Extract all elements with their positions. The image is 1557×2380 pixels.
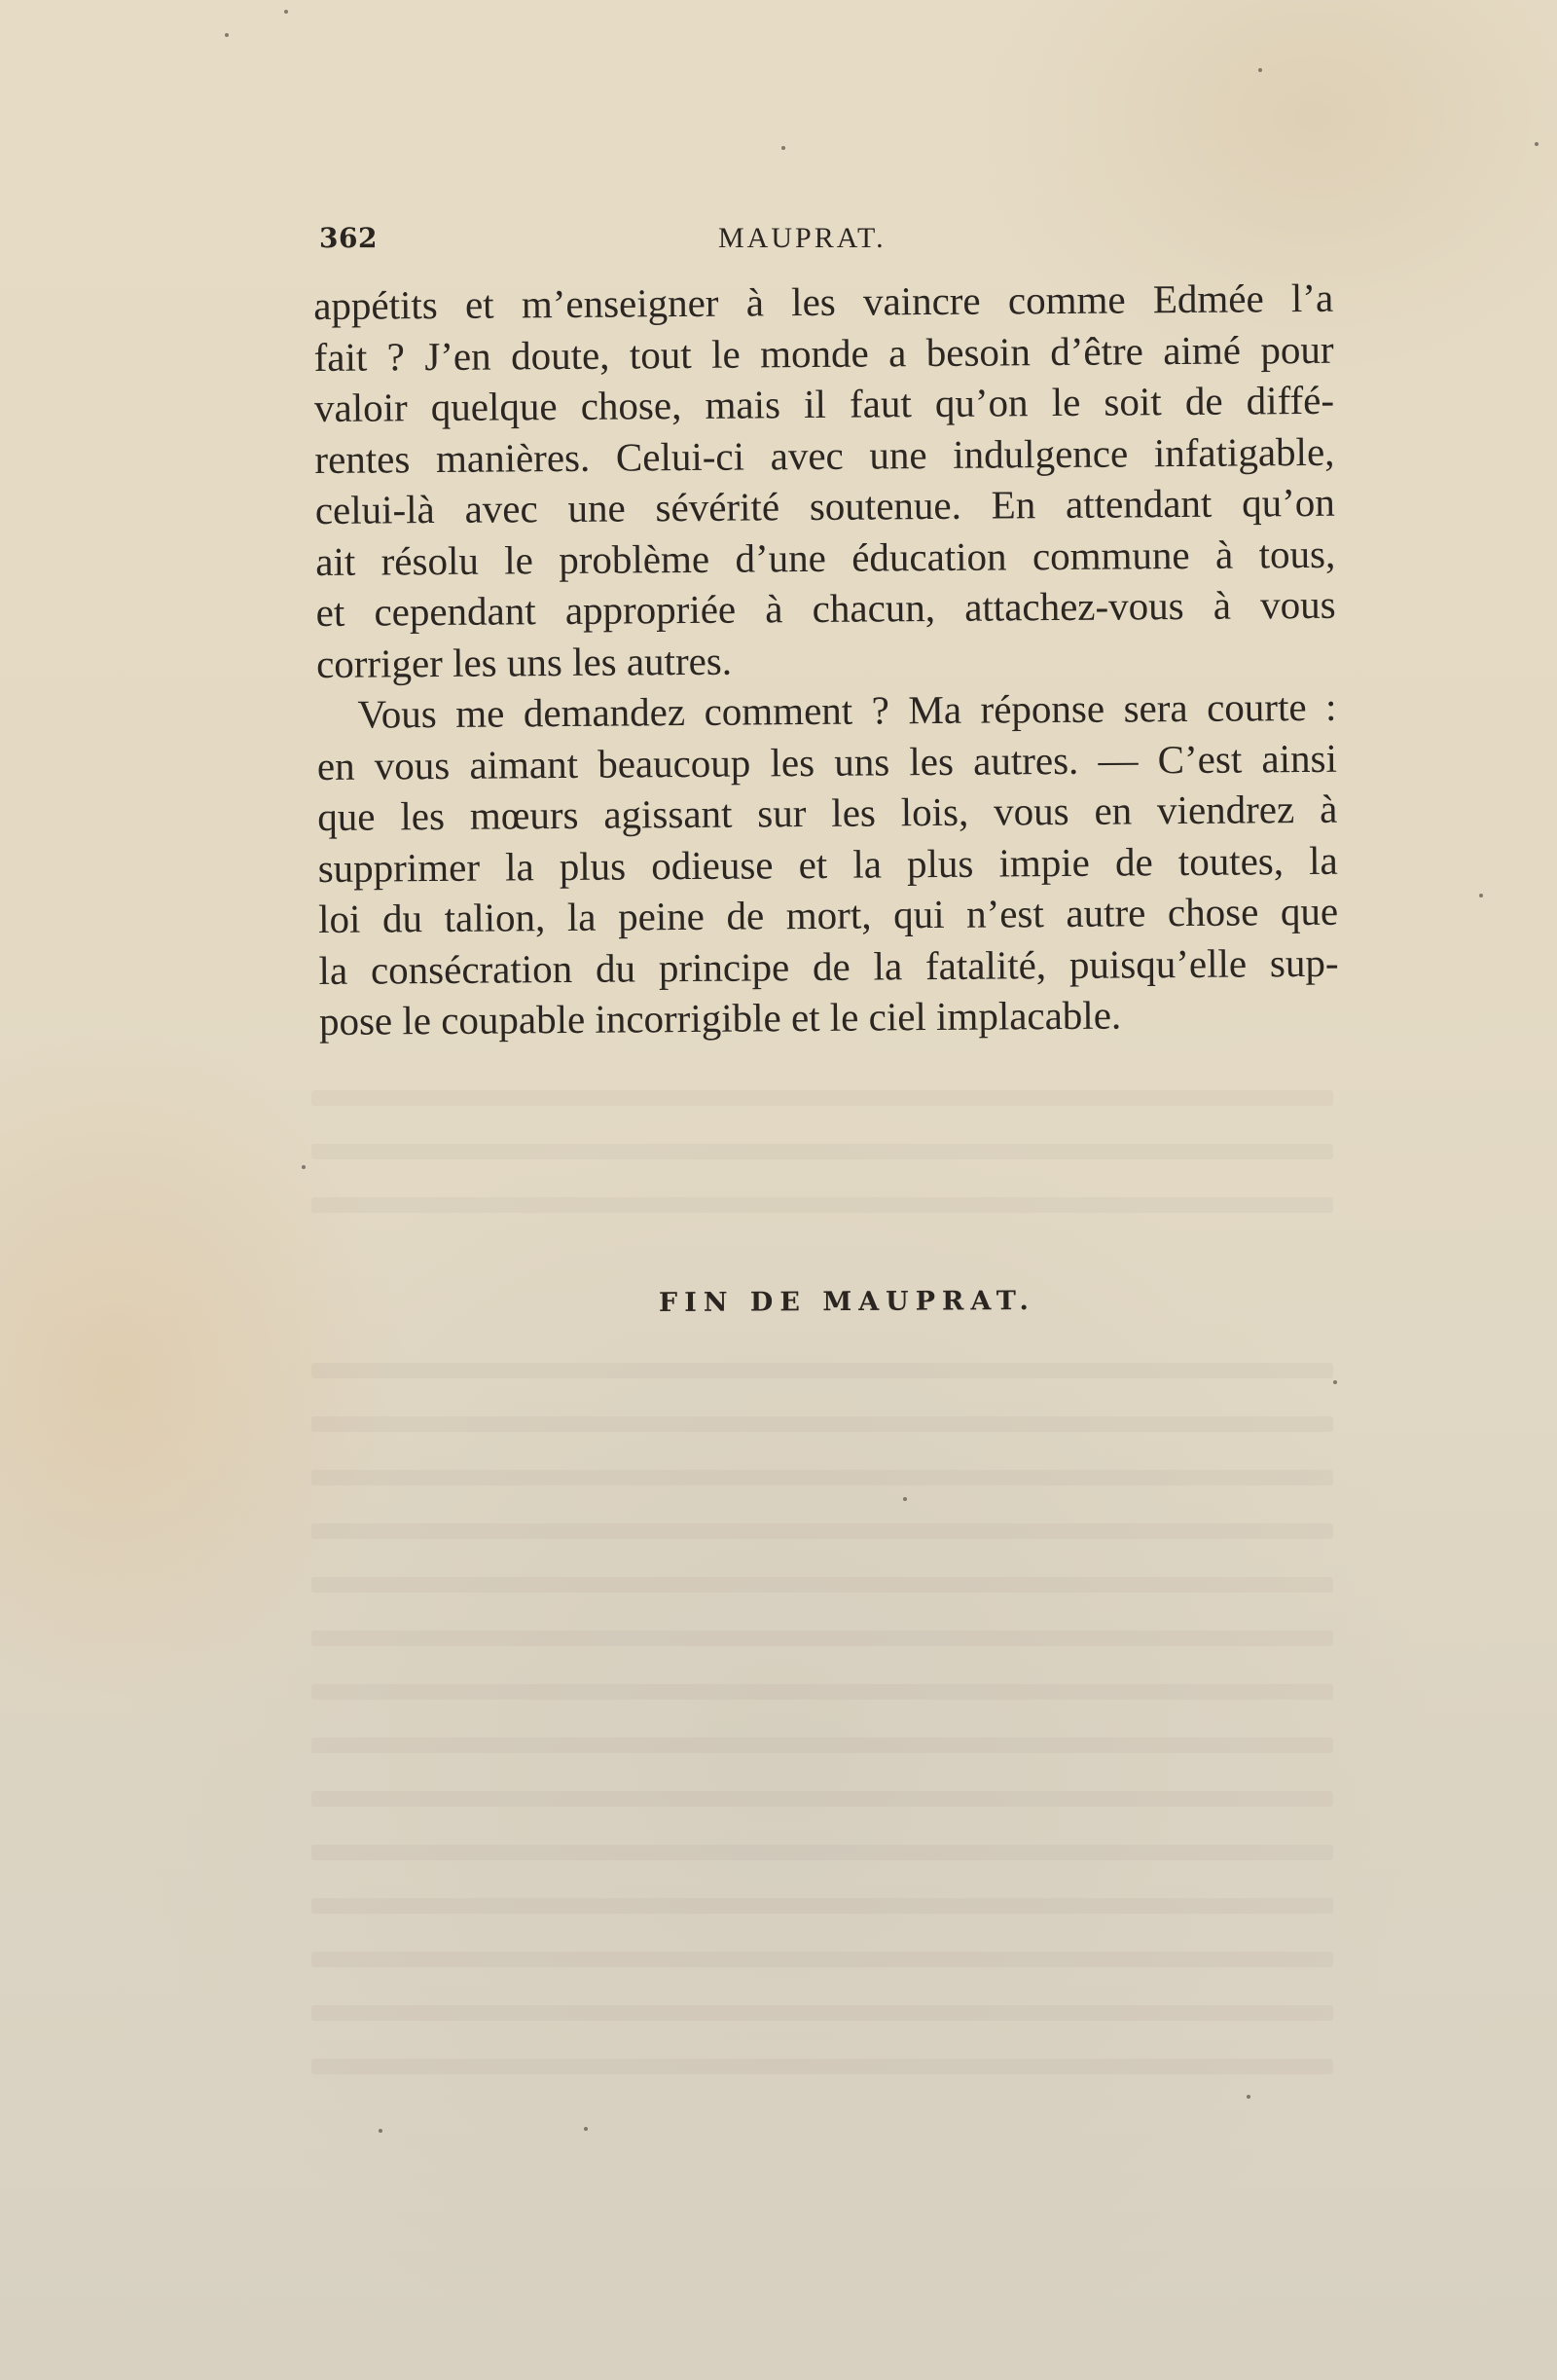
paper-speck bbox=[1258, 68, 1262, 72]
show-through-text bbox=[311, 2005, 1333, 2021]
show-through-text bbox=[311, 1416, 1333, 1432]
text-line: appétits et m’enseigner à les vaincre co… bbox=[313, 273, 1333, 332]
text-line: que les mœurs agissant sur les lois, vou… bbox=[317, 784, 1337, 843]
text-line: fait ? J’en doute, tout le monde a besoi… bbox=[313, 323, 1333, 383]
paper-speck bbox=[1247, 2095, 1250, 2099]
text-line: corriger les uns les autres. bbox=[316, 630, 1336, 689]
show-through-text bbox=[311, 1898, 1333, 1914]
show-through-text bbox=[311, 1952, 1333, 1967]
text-line: rentes manières. Celui-ci avec une indul… bbox=[314, 425, 1334, 485]
text-line: ait résolu le problème d’une éducation c… bbox=[315, 528, 1335, 587]
show-through-text bbox=[311, 1144, 1333, 1159]
paper-speck bbox=[1479, 894, 1483, 897]
show-through-text bbox=[311, 1630, 1333, 1646]
text-line: loi du talion, la peine de mort, qui n’e… bbox=[318, 886, 1338, 945]
page-number: 362 bbox=[319, 222, 378, 254]
text-line: supprimer la plus odieuse et la plus imp… bbox=[318, 834, 1338, 894]
paragraph: appétits et m’enseigner à les vaincre co… bbox=[313, 273, 1336, 689]
paper-speck bbox=[903, 1497, 907, 1501]
show-through-text bbox=[311, 1523, 1333, 1539]
show-through-text bbox=[311, 1684, 1333, 1700]
body-text: appétits et m’enseigner à les vaincre co… bbox=[313, 273, 1339, 1047]
paper-speck bbox=[1535, 142, 1539, 146]
text-line: celui-là avec une sévérité soutenue. En … bbox=[315, 477, 1335, 536]
paper-speck bbox=[781, 146, 785, 150]
show-through-text bbox=[311, 1791, 1333, 1807]
running-header: 362 MAUPRAT. bbox=[319, 216, 1331, 265]
paper-speck bbox=[1333, 1380, 1337, 1384]
text-line: Vous me demandez comment ? Ma réponse se… bbox=[316, 681, 1336, 741]
paper-speck bbox=[584, 2127, 588, 2131]
paper-speck bbox=[379, 2129, 382, 2133]
text-line: en vous aimant beaucoup les uns les autr… bbox=[317, 732, 1337, 791]
show-through-text bbox=[311, 1738, 1333, 1753]
show-through-text bbox=[311, 2059, 1333, 2074]
show-through-text bbox=[311, 1577, 1333, 1593]
show-through-text bbox=[311, 1197, 1333, 1213]
show-through-text bbox=[311, 1363, 1333, 1378]
text-line: valoir quelque chose, mais il faut qu’on… bbox=[314, 375, 1334, 434]
paper-speck bbox=[225, 33, 229, 37]
paragraph: Vous me demandez comment ? Ma réponse se… bbox=[316, 681, 1339, 1047]
text-line: et cependant appropriée à chacun, attach… bbox=[315, 579, 1335, 639]
show-through-text bbox=[311, 1090, 1333, 1106]
paper-speck bbox=[284, 10, 288, 14]
paper-speck bbox=[302, 1165, 306, 1169]
running-title: MAUPRAT. bbox=[718, 222, 887, 255]
show-through-text bbox=[311, 1470, 1333, 1485]
fin-heading: FIN DE MAUPRAT. bbox=[659, 1286, 1035, 1318]
show-through-text bbox=[311, 1845, 1333, 1860]
text-line: la consécration du principe de la fatali… bbox=[318, 936, 1338, 996]
text-line: pose le coupable incorrigible et le ciel… bbox=[319, 988, 1339, 1047]
